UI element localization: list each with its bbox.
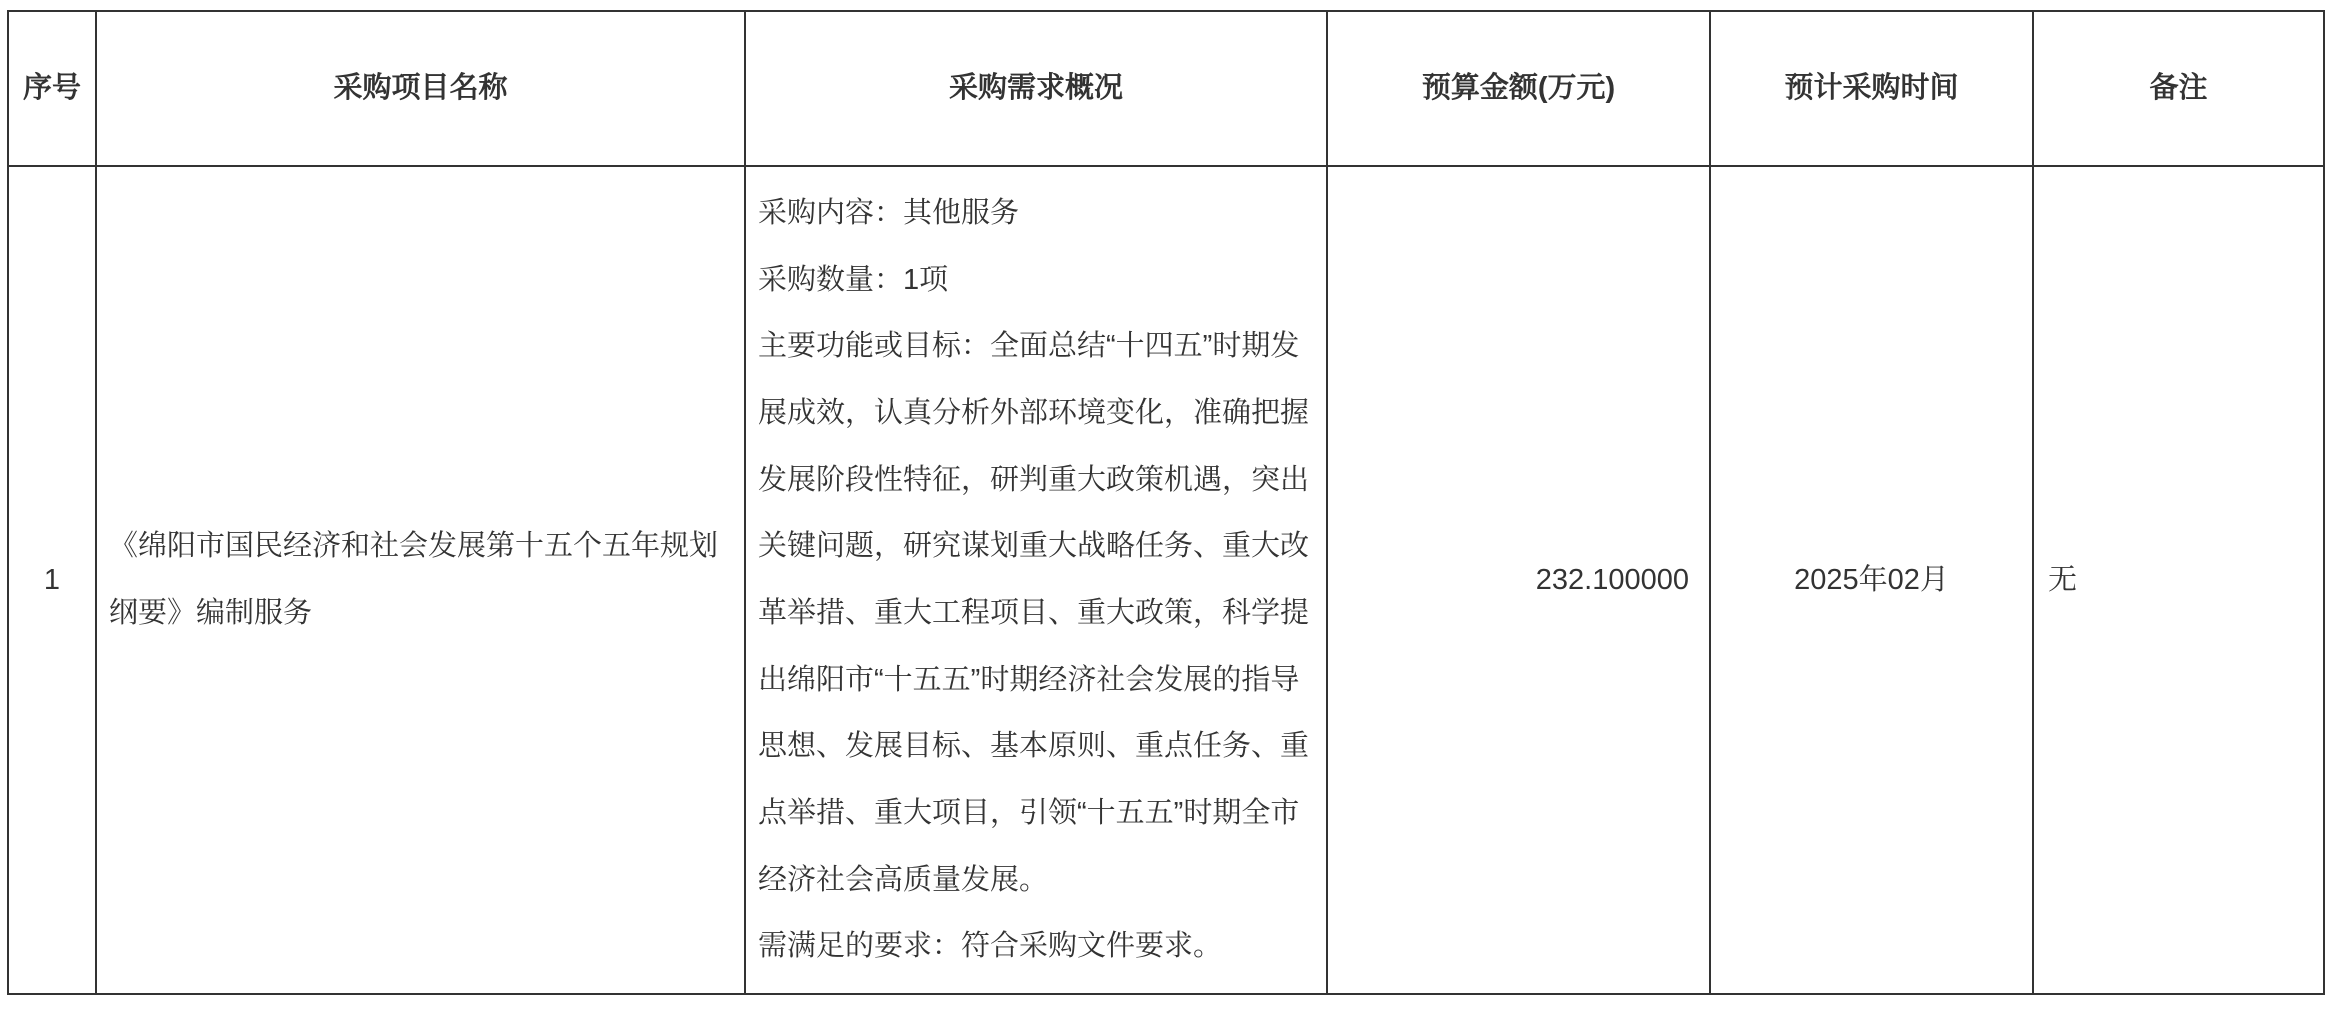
col-header-remark: 备注: [2033, 11, 2324, 166]
header-row: 序号 采购项目名称 采购需求概况 预算金额(万元) 预计采购时间 备注: [8, 11, 2324, 166]
table-row: 1 《绵阳市国民经济和社会发展第十五个五年规划纲要》编制服务 采购内容：其他服务…: [8, 166, 2324, 994]
col-header-expected-time: 预计采购时间: [1710, 11, 2033, 166]
procurement-table: 序号 采购项目名称 采购需求概况 预算金额(万元) 预计采购时间 备注 1 《绵…: [7, 10, 2325, 995]
cell-remark: 无: [2033, 166, 2324, 994]
cell-demand-overview: 采购内容：其他服务 采购数量：1项 主要功能或目标：全面总结“十四五”时期发展成…: [745, 166, 1327, 994]
demand-line-content: 采购内容：其他服务: [758, 180, 1316, 247]
page: 序号 采购项目名称 采购需求概况 预算金额(万元) 预计采购时间 备注 1 《绵…: [0, 0, 2342, 1009]
col-header-budget-amount: 预算金额(万元): [1327, 11, 1710, 166]
demand-line-quantity: 采购数量：1项: [758, 247, 1316, 314]
cell-budget-amount: 232.100000: [1327, 166, 1710, 994]
table-header: 序号 采购项目名称 采购需求概况 预算金额(万元) 预计采购时间 备注: [8, 11, 2324, 166]
demand-line-requirement: 需满足的要求：符合采购文件要求。: [758, 913, 1316, 980]
col-header-demand-overview: 采购需求概况: [745, 11, 1327, 166]
cell-project-name: 《绵阳市国民经济和社会发展第十五个五年规划纲要》编制服务: [96, 166, 745, 994]
cell-seq: 1: [8, 166, 96, 994]
demand-line-function: 主要功能或目标：全面总结“十四五”时期发展成效，认真分析外部环境变化，准确把握发…: [758, 313, 1316, 913]
col-header-seq: 序号: [8, 11, 96, 166]
col-header-project-name: 采购项目名称: [96, 11, 745, 166]
cell-expected-time: 2025年02月: [1710, 166, 2033, 994]
table-body: 1 《绵阳市国民经济和社会发展第十五个五年规划纲要》编制服务 采购内容：其他服务…: [8, 166, 2324, 994]
